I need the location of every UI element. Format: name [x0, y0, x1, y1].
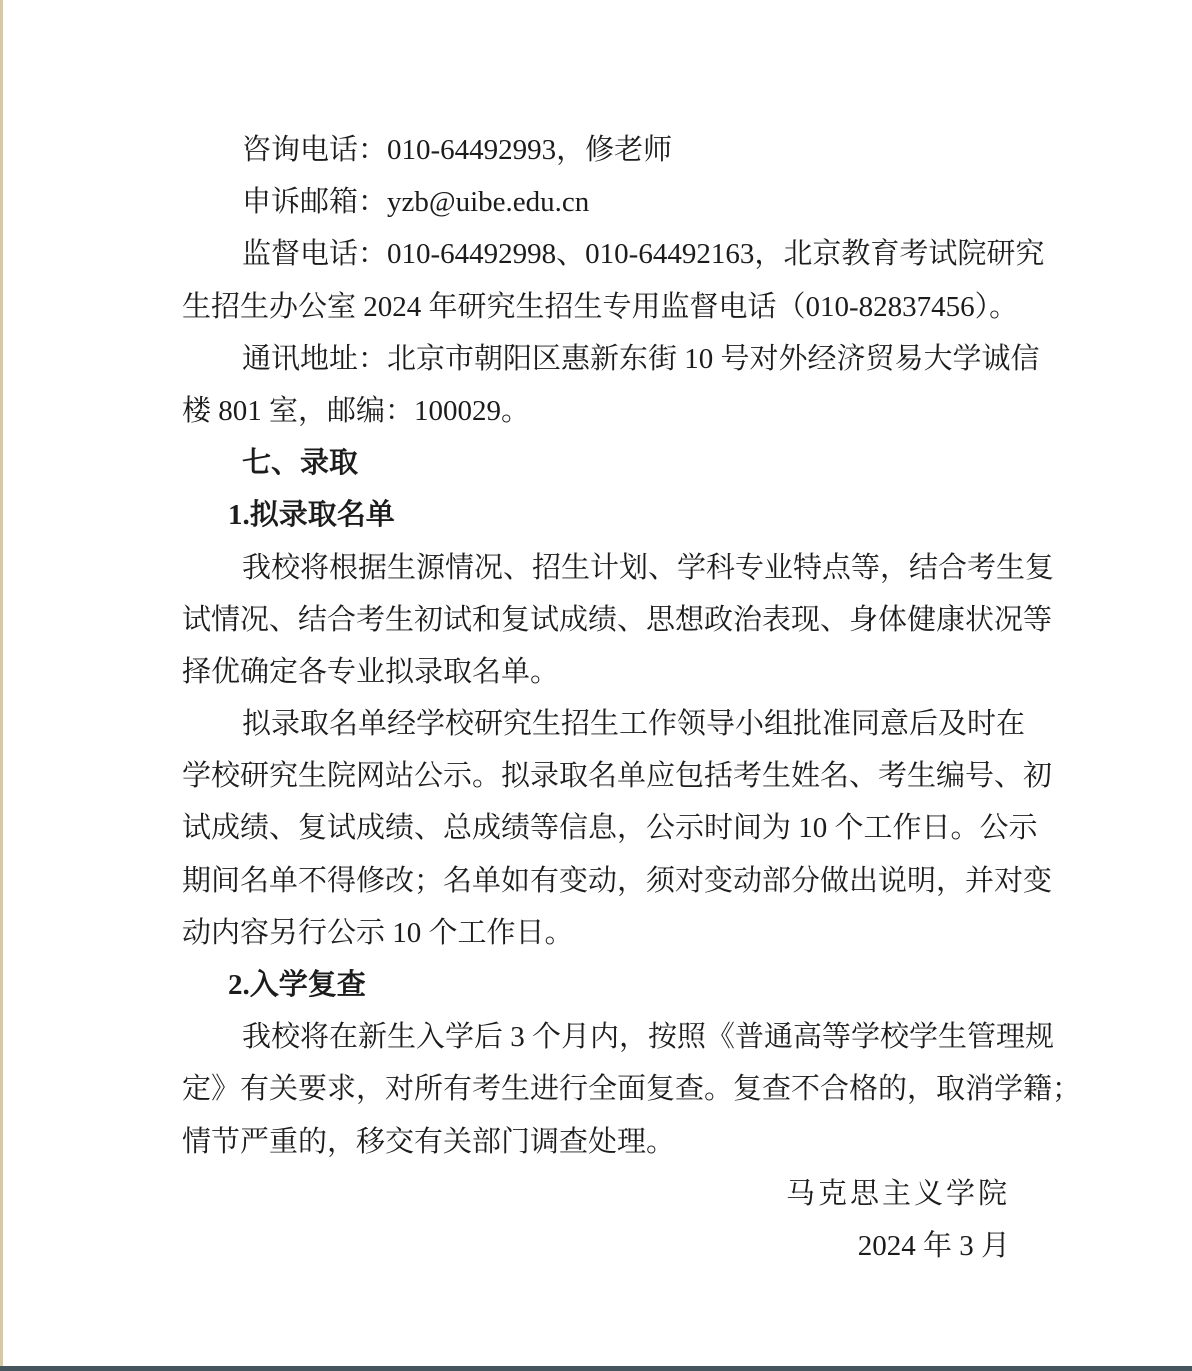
signature-date: 2024 年 3 月 — [182, 1220, 1015, 1272]
heading-section-seven-admission: 七、录取 — [182, 437, 1015, 489]
line-appeal-email: 申诉邮箱：yzb@uibe.edu.cn — [182, 176, 1015, 228]
para-publicity-line-1: 拟录取名单经学校研究生招生工作领导小组批准同意后及时在 — [182, 698, 1015, 750]
page-bottom-border — [0, 1366, 1192, 1371]
para-publicity-line-5: 动内容另行公示 10 个工作日。 — [182, 907, 1015, 959]
para-publicity-line-2: 学校研究生院网站公示。拟录取名单应包括考生姓名、考生编号、初 — [182, 750, 1015, 802]
para-recheck-line-1: 我校将在新生入学后 3 个月内，按照《普通高等学校学生管理规 — [182, 1011, 1015, 1063]
line-supervise-phone-2: 生招生办公室 2024 年研究生招生专用监督电话（010-82837456）。 — [182, 281, 1015, 333]
line-mail-address-1: 通讯地址：北京市朝阳区惠新东街 10 号对外经济贸易大学诚信 — [182, 333, 1015, 385]
document-body: 咨询电话：010-64492993，修老师 申诉邮箱：yzb@uibe.edu.… — [182, 124, 1015, 1272]
para-recheck-line-3: 情节严重的，移交有关部门调查处理。 — [182, 1116, 1015, 1168]
para-admission-list-line-2: 试情况、结合考生初试和复试成绩、思想政治表现、身体健康状况等 — [182, 594, 1015, 646]
page-left-border — [0, 0, 3, 1371]
heading-proposed-admission-list: 1.拟录取名单 — [182, 489, 1015, 541]
para-admission-list-line-1: 我校将根据生源情况、招生计划、学科专业特点等，结合考生复 — [182, 542, 1015, 594]
line-consult-phone: 咨询电话：010-64492993，修老师 — [182, 124, 1015, 176]
para-publicity-line-3: 试成绩、复试成绩、总成绩等信息，公示时间为 10 个工作日。公示 — [182, 802, 1015, 854]
line-supervise-phone-1: 监督电话：010-64492998、010-64492163，北京教育考试院研究 — [182, 228, 1015, 280]
line-mail-address-2: 楼 801 室，邮编：100029。 — [182, 385, 1015, 437]
heading-enrollment-recheck: 2.入学复查 — [182, 959, 1015, 1011]
para-recheck-line-2: 定》有关要求，对所有考生进行全面复查。复查不合格的，取消学籍； — [182, 1063, 1015, 1115]
para-publicity-line-4: 期间名单不得修改；名单如有变动，须对变动部分做出说明，并对变 — [182, 855, 1015, 907]
signature-college-name: 马克思主义学院 — [182, 1168, 1015, 1220]
document-page: 咨询电话：010-64492993，修老师 申诉邮箱：yzb@uibe.edu.… — [0, 0, 1192, 1371]
para-admission-list-line-3: 择优确定各专业拟录取名单。 — [182, 646, 1015, 698]
